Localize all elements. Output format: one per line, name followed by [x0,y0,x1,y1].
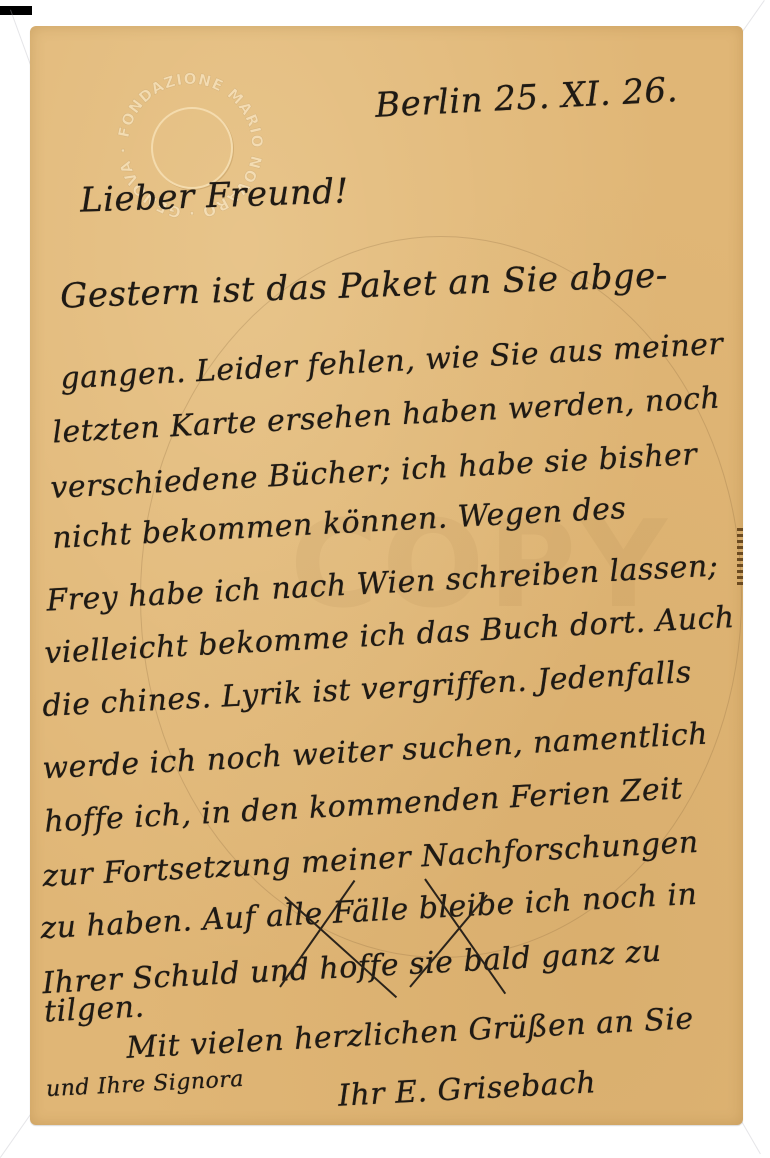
postcard: COPY FONDAZIONE MARIO NOVARO · GENOVA · … [30,26,743,1125]
scan-corner-mark [0,6,32,15]
closing-line: Mit vielen herzlichen Grüßen an Sie [125,1001,694,1066]
signature: Ihr E. Grisebach [337,1065,597,1113]
salutation: Lieber Freund! [79,171,349,220]
postscript: und Ihre Signora [45,1067,244,1102]
card-edge-damage [737,528,743,586]
place-date: Berlin 25. XI. 26. [374,70,679,126]
body-line: tilgen. [43,989,145,1029]
